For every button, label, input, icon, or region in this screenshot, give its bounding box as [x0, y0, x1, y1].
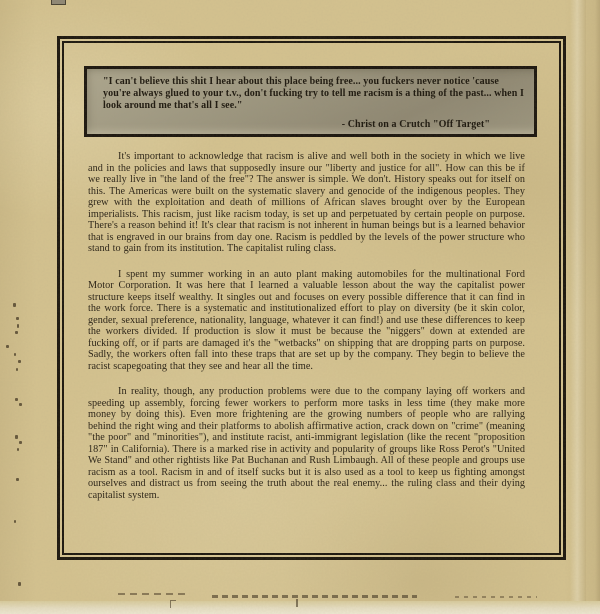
bleed-through-dashes [455, 596, 537, 598]
bleed-through-dashes [118, 593, 186, 595]
ink-speck [14, 520, 16, 523]
ink-speck [18, 360, 21, 363]
ink-speck [19, 441, 22, 444]
bleed-through-marks [0, 591, 600, 607]
bleed-through-mark [170, 600, 176, 608]
essay-paragraph-2: I spent my summer working in an auto pla… [88, 269, 525, 373]
quote-text: "I can't believe this shit I hear about … [87, 69, 534, 112]
quote-attribution: - Christ on a Crutch "Off Target" [87, 119, 490, 130]
ink-speck [14, 353, 16, 356]
page-crease [570, 0, 586, 614]
ink-speck [19, 403, 22, 406]
bleed-through-mark [296, 599, 298, 607]
essay-body: It's important to acknowledge that racis… [88, 151, 525, 515]
ink-speck [16, 317, 19, 320]
ink-speck [6, 345, 9, 348]
ink-speck [16, 368, 18, 371]
staple-mark [51, 0, 66, 5]
ink-speck [15, 331, 18, 334]
ink-speck [13, 303, 16, 307]
page-edge-shade [595, 0, 600, 614]
ink-speck [16, 478, 19, 481]
ink-speck [17, 448, 19, 451]
scanned-zine-page: "I can't believe this shit I hear about … [0, 0, 600, 614]
ink-speck [18, 582, 21, 586]
ink-speck [17, 324, 19, 328]
essay-paragraph-1: It's important to acknowledge that racis… [88, 151, 525, 255]
ink-speck [15, 435, 18, 439]
bleed-through-dashes [212, 595, 417, 598]
quote-box: "I can't believe this shit I hear about … [84, 66, 537, 137]
ink-speck [15, 398, 18, 401]
essay-paragraph-3: In reality, though, any production probl… [88, 386, 525, 501]
